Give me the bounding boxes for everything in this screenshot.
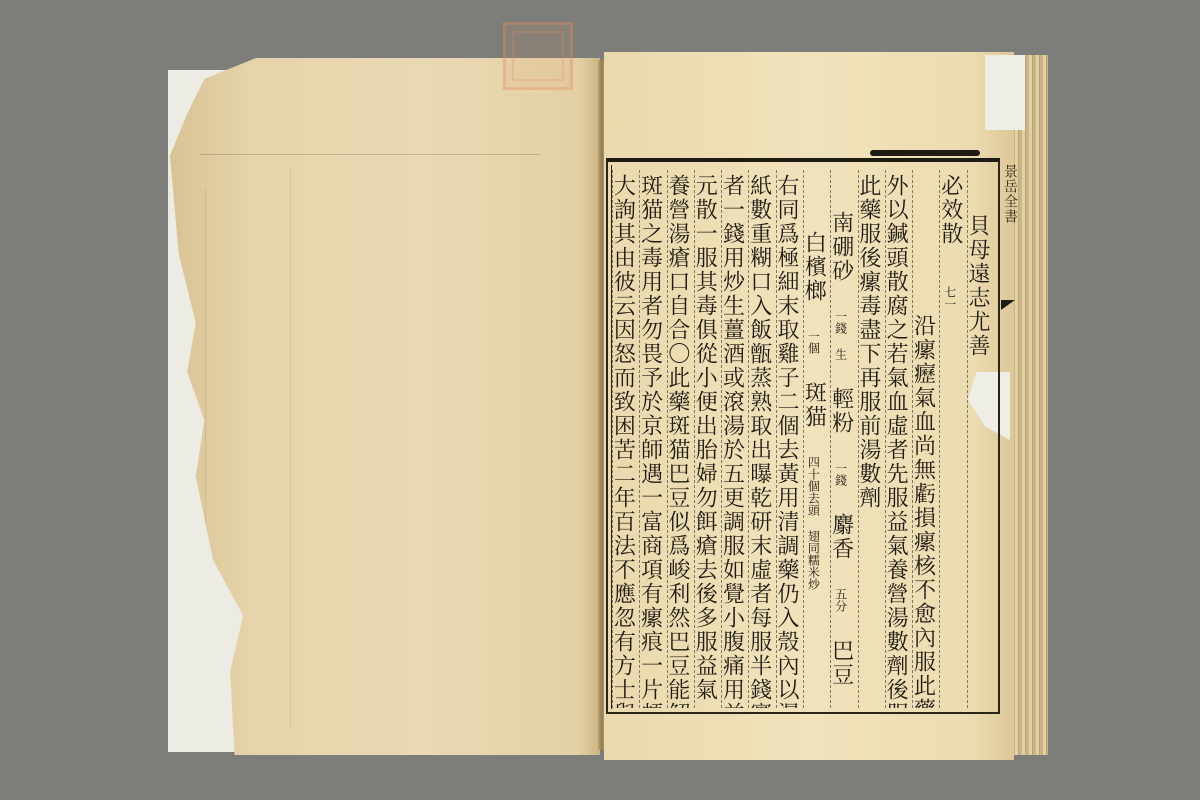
ink-smudge: [870, 150, 980, 156]
text-column: 貝母遠志尤善: [967, 170, 994, 708]
text-column: 紙數重糊口入飯甑蒸熟取出曝乾研末虛者每服半錢實: [748, 170, 775, 708]
text-column: 外以鍼頭散腐之若氣血虛者先服益氣養營湯數劑後服: [885, 170, 912, 708]
text-column: 大詢其由彼云因怒而致困苦二年百法不應忽有方士與: [612, 170, 639, 708]
text-column: 此藥服後瘰毒盡下再服前湯數劑: [858, 170, 885, 708]
text-column: 元散一服其毒俱從小便出胎婦勿餌瘡去後多服益氣: [694, 170, 721, 708]
white-backing-sheet-right: [985, 55, 1025, 130]
bleed-through-line: [200, 154, 540, 155]
bleed-through-column-line: [290, 168, 291, 728]
collection-seal-icon: [503, 22, 573, 90]
ingredient-column: 白檳榔 一個 斑猫 四十個去頭 翅同糯米炒: [803, 170, 830, 708]
text-column: 沿瘰癧氣血尚無虧損瘰核不愈內服此藥: [912, 170, 939, 708]
page-center-margin: 景岳全書: [1000, 158, 1014, 714]
margin-title: 景岳全書: [1000, 164, 1020, 224]
text-column: 者一錢用炒生薑酒或滾湯於五更調服如覺小腹痛用益: [721, 170, 748, 708]
text-column: 斑猫之毒用者勿畏予於京師遇一富商項有瘰痕一片頗: [639, 170, 666, 708]
text-column: 養營湯瘡口自合〇此藥斑猫巴豆似爲峻利然巴豆能解: [667, 170, 694, 708]
ingredient-column: 南硼砂 一錢 生 輕粉 一錢 麝香 五分 巴豆 五個 去膜: [830, 170, 857, 708]
fishtail-mark-icon: [1001, 300, 1015, 310]
text-frame: 貝母遠志尤善 必效散七一 沿瘰癧氣血尚無虧損瘰核不愈內服此藥 外以鍼頭散腐之若氣…: [606, 158, 1000, 714]
text-columns: 貝母遠志尤善 必效散七一 沿瘰癧氣血尚無虧損瘰核不愈內服此藥 外以鍼頭散腐之若氣…: [612, 170, 994, 708]
text-column: 右同爲極細末取雞子二個去黃用清調藥仍入殼內以濕: [776, 170, 803, 708]
page-edges: [1012, 55, 1048, 755]
text-column-heading: 必效散七一: [939, 170, 966, 708]
